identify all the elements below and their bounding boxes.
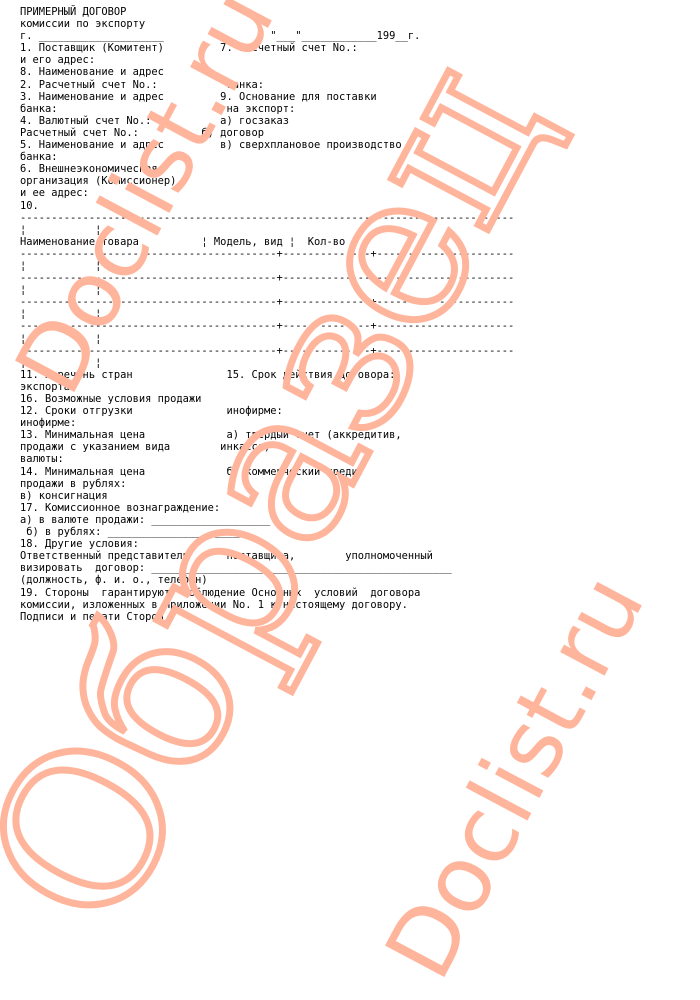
document-line: визировать договор: ____________________… — [20, 562, 514, 574]
document-line: 11. Перечень стран 15. Срок действия дог… — [20, 369, 514, 381]
document-line: ¦ ¦ — [20, 333, 514, 345]
document-line: а) в валюте продажи: ___________________ — [20, 514, 514, 526]
document-line: ----------------------------------------… — [20, 296, 514, 308]
document-line: 5. Наименование и адрес в) сверхплановое… — [20, 139, 514, 151]
document-line: 4. Валютный счет No.: а) госзаказ — [20, 115, 514, 127]
document-line: 10. — [20, 200, 514, 212]
document-line: ¦ ¦ — [20, 224, 514, 236]
document-line: г. ____________________ "___"___________… — [20, 30, 514, 42]
document-line: ¦ ¦ — [20, 357, 514, 369]
contract-document: ПРИМЕРНЫЙ ДОГОВОРкомиссии по экспортуг. … — [20, 6, 514, 623]
document-line: 16. Возможные условия продажи — [20, 393, 514, 405]
document-line: 19. Стороны гарантируют соблюдение Основ… — [20, 587, 514, 599]
document-line: 14. Минимальная цена б) коммерческий кре… — [20, 466, 514, 478]
document-line: банка: — [20, 151, 514, 163]
document-line: ----------------------------------------… — [20, 212, 514, 224]
document-line: 17. Комиссионное вознаграждение: — [20, 502, 514, 514]
document-line: Ответственный представитель поставщика, … — [20, 550, 514, 562]
document-line: Подписи и печати Сторон. — [20, 611, 514, 623]
document-line: банка: на экспорт: — [20, 103, 514, 115]
document-line: и его адрес: — [20, 54, 514, 66]
document-line: ----------------------------------------… — [20, 248, 514, 260]
document-line: б) в рублях: ________________________ — [20, 526, 514, 538]
document-line: организация (Комиссионер) — [20, 175, 514, 187]
document-line: 3. Наименование и адрес 9. Основание для… — [20, 91, 514, 103]
document-line: и ее адрес: — [20, 187, 514, 199]
document-line: 13. Минимальная цена а) твердый счет (ак… — [20, 429, 514, 441]
document-line: ¦ ¦ — [20, 308, 514, 320]
document-line: 6. Внешнеэкономическая — [20, 163, 514, 175]
document-line: инофирме: — [20, 417, 514, 429]
document-line: продажи с указанием вида инкассо) — [20, 441, 514, 453]
document-line: ¦ ¦ — [20, 260, 514, 272]
document-line: (должность, ф. и. о., телефон) — [20, 574, 514, 586]
document-line: 2. Расчетный счет No.: банка: — [20, 79, 514, 91]
document-line: в) консигнация — [20, 490, 514, 502]
document-line: ----------------------------------------… — [20, 272, 514, 284]
document-line: валюты: — [20, 453, 514, 465]
document-line: Расчетный счет No.: б) договор — [20, 127, 514, 139]
document-line: 18. Другие условия: — [20, 538, 514, 550]
document-line: Наименование товара ¦ Модель, вид ¦ Кол-… — [20, 236, 514, 248]
document-line: продажи в рублях: — [20, 478, 514, 490]
document-line: 1. Поставщик (Комитент) 7. Расчетный сче… — [20, 42, 514, 54]
watermark-doclist-bottom: Doclist.ru — [365, 558, 665, 995]
document-line: комиссии, изложенных в Приложении No. 1 … — [20, 599, 514, 611]
document-line: ¦ ¦ — [20, 284, 514, 296]
document-line: 8. Наименование и адрес — [20, 66, 514, 78]
document-line: ПРИМЕРНЫЙ ДОГОВОР — [20, 6, 514, 18]
document-line: 12. Сроки отгрузки инофирме: — [20, 405, 514, 417]
document-line: комиссии по экспорту — [20, 18, 514, 30]
document-line: ----------------------------------------… — [20, 345, 514, 357]
document-line: экспорта: — [20, 381, 514, 393]
document-line: ----------------------------------------… — [20, 320, 514, 332]
